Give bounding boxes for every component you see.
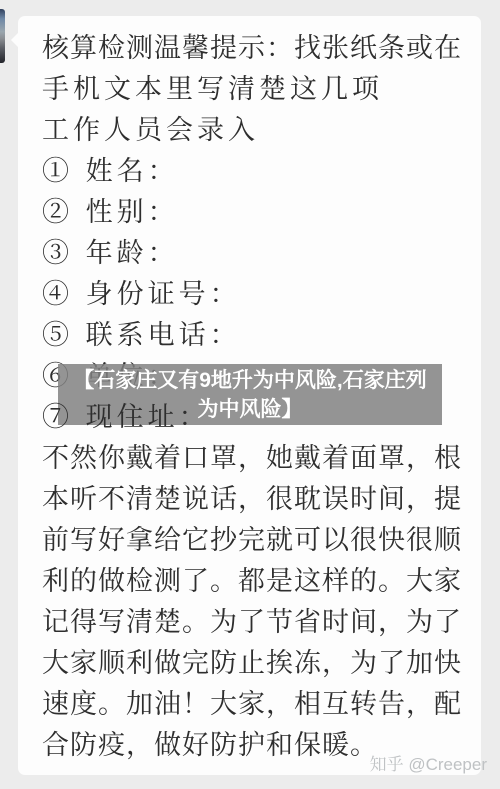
message-line: 本听不清楚说话，很耽误时间，提 <box>42 479 461 520</box>
list-item-name: ① 姓名： <box>42 151 461 192</box>
message-line: 大家顺利做完防止挨冻，为了加快 <box>42 643 461 684</box>
sender-avatar[interactable] <box>0 9 5 63</box>
zhihu-watermark: 知乎 @Creeper <box>370 755 487 775</box>
list-item-address: ⑦ 现住址： <box>42 397 461 438</box>
message-line: 不然你戴着口罩，她戴着面罩，根 <box>42 438 461 479</box>
list-item-phone: ⑤ 联系电话： <box>42 315 461 356</box>
list-item-id-number: ④ 身份证号： <box>42 274 461 315</box>
message-line: 工作人员会录入 <box>42 110 461 151</box>
message-line: 前写好拿给它抄完就可以很快很顺 <box>42 520 461 561</box>
message-line: 速度。加油！大家，相互转告，配 <box>42 684 461 725</box>
list-item-gender: ② 性别： <box>42 192 461 233</box>
message-line: 核算检测温馨提示：找张纸条或在 <box>42 28 461 69</box>
list-item-age: ③ 年龄： <box>42 233 461 274</box>
message-line: 手机文本里写清楚这几项 <box>42 69 461 110</box>
message-line: 记得写清楚。为了节省时间，为了 <box>42 602 461 643</box>
news-headline-line: 【石家庄又有9地升为中风险,石家庄列 <box>73 366 427 395</box>
message-line: 利的做检测了。都是这样的。大家 <box>42 561 461 602</box>
